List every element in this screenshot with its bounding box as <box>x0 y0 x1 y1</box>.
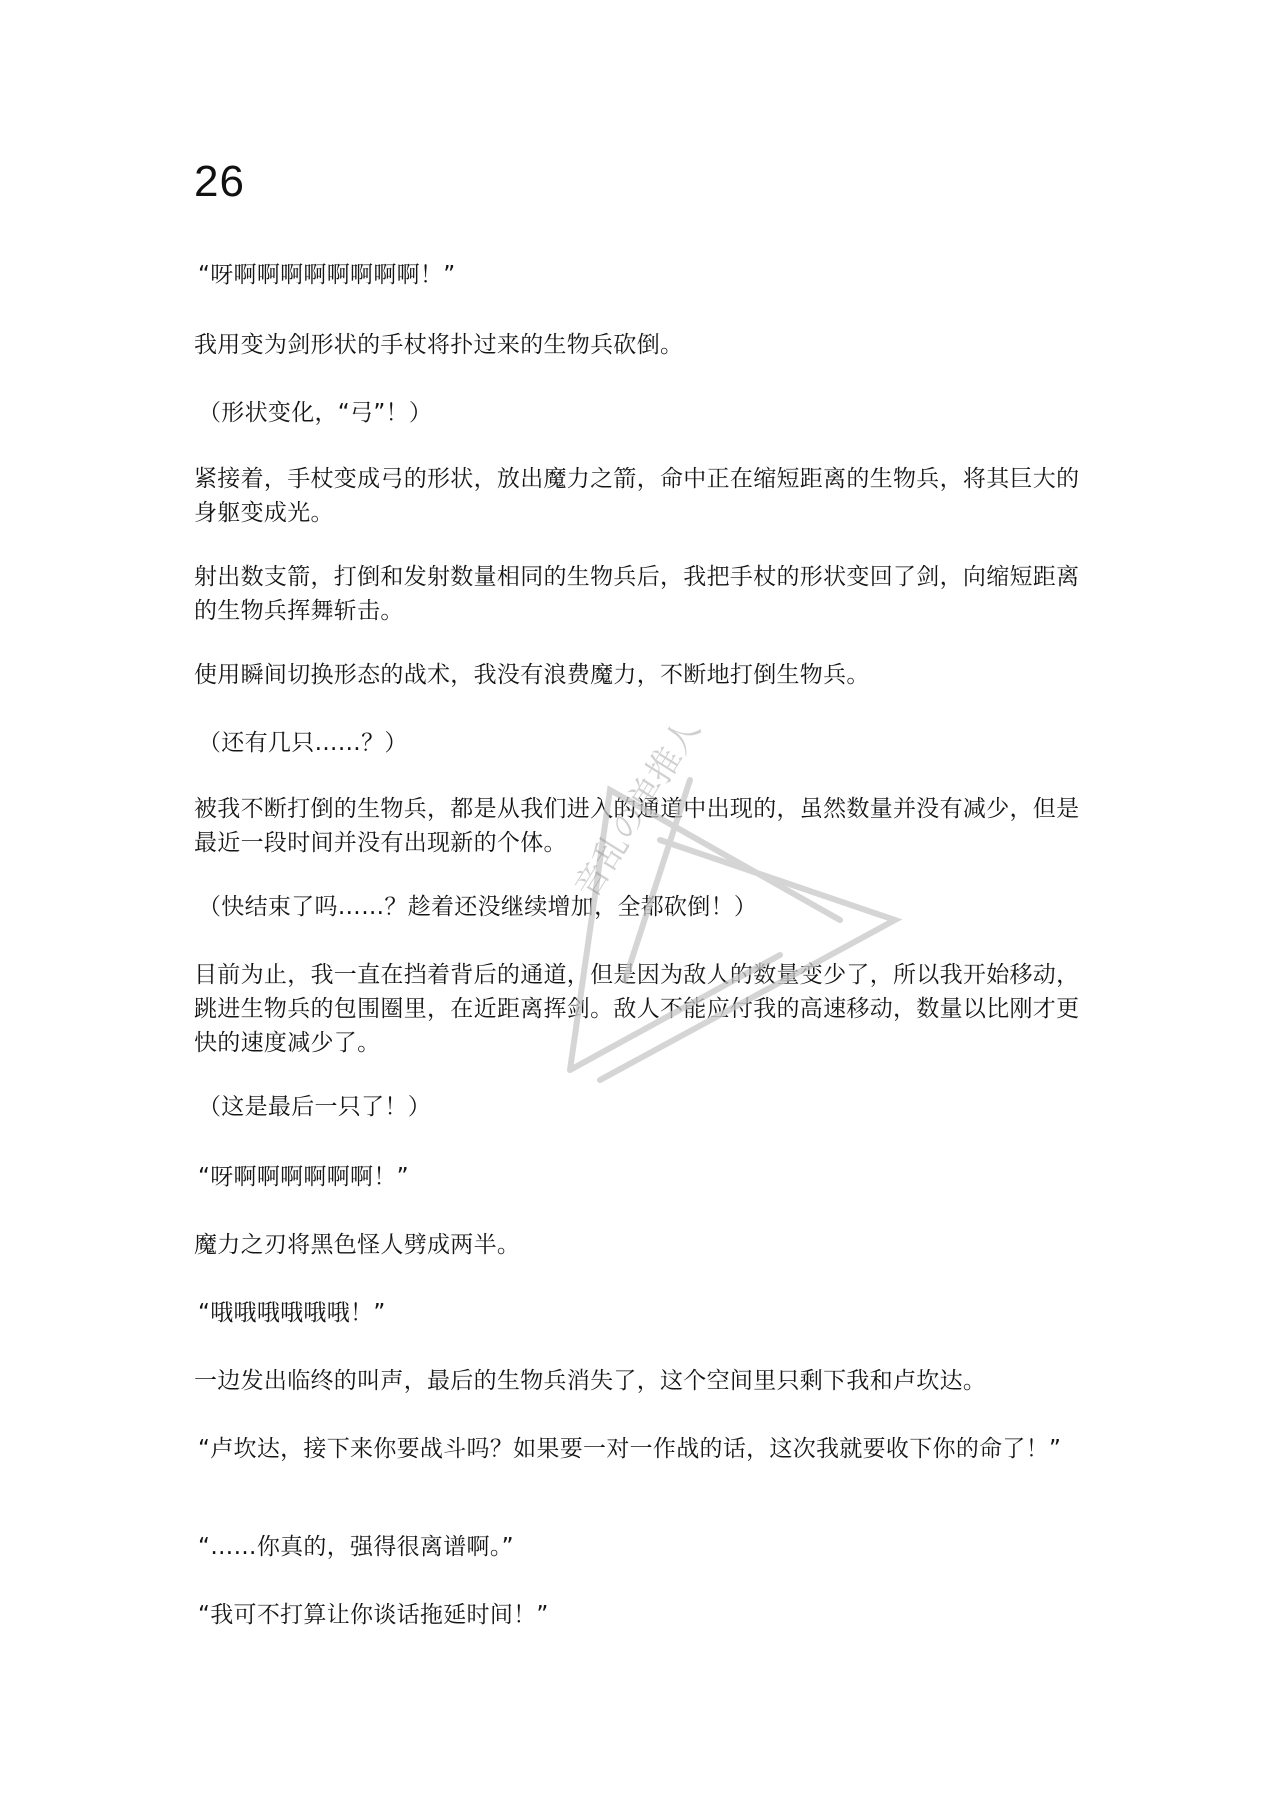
paragraph: 使用瞬间切换形态的战术，我没有浪费魔力，不断地打倒生物兵。 <box>194 658 1094 692</box>
paragraph: 射出数支箭，打倒和发射数量相同的生物兵后，我把手杖的形状变回了剑，向缩短距离的生… <box>194 560 1094 628</box>
paragraph: “我可不打算让你谈话拖延时间！” <box>198 1598 1098 1632</box>
paragraph: “哦哦哦哦哦哦！” <box>198 1296 1098 1330</box>
paragraph: （快结束了吗……？趁着还没继续增加，全都砍倒！） <box>198 890 1098 924</box>
paragraph: （还有几只……？） <box>198 726 1098 760</box>
paragraph: “卢坎达，接下来你要战斗吗？如果要一对一作战的话，这次我就要收下你的命了！” <box>198 1432 1098 1466</box>
paragraph: “呀啊啊啊啊啊啊！” <box>198 1160 1098 1194</box>
paragraph: （这是最后一只了！） <box>198 1090 1098 1124</box>
paragraph: 被我不断打倒的生物兵，都是从我们进入的通道中出现的，虽然数量并没有减少，但是最近… <box>194 792 1094 860</box>
paragraph: “呀啊啊啊啊啊啊啊啊！” <box>198 258 1098 292</box>
document-page: 26 “呀啊啊啊啊啊啊啊啊！” 我用变为剑形状的手杖将扑过来的生物兵砍倒。 （形… <box>0 0 1280 1810</box>
paragraph: 目前为止，我一直在挡着背后的通道，但是因为敌人的数量变少了，所以我开始移动，跳进… <box>194 958 1094 1060</box>
paragraph: 我用变为剑形状的手杖将扑过来的生物兵砍倒。 <box>194 328 1094 362</box>
paragraph: （形状变化，“弓”！） <box>198 396 1098 430</box>
paragraph: “……你真的，强得很离谱啊。” <box>198 1530 1098 1564</box>
paragraph: 魔力之刃将黑色怪人劈成两半。 <box>194 1228 1094 1262</box>
chapter-number: 26 <box>194 160 245 204</box>
paragraph: 一边发出临终的叫声，最后的生物兵消失了，这个空间里只剩下我和卢坎达。 <box>194 1364 1094 1398</box>
paragraph: 紧接着，手杖变成弓的形状，放出魔力之箭，命中正在缩短距离的生物兵，将其巨大的身躯… <box>194 462 1094 530</box>
